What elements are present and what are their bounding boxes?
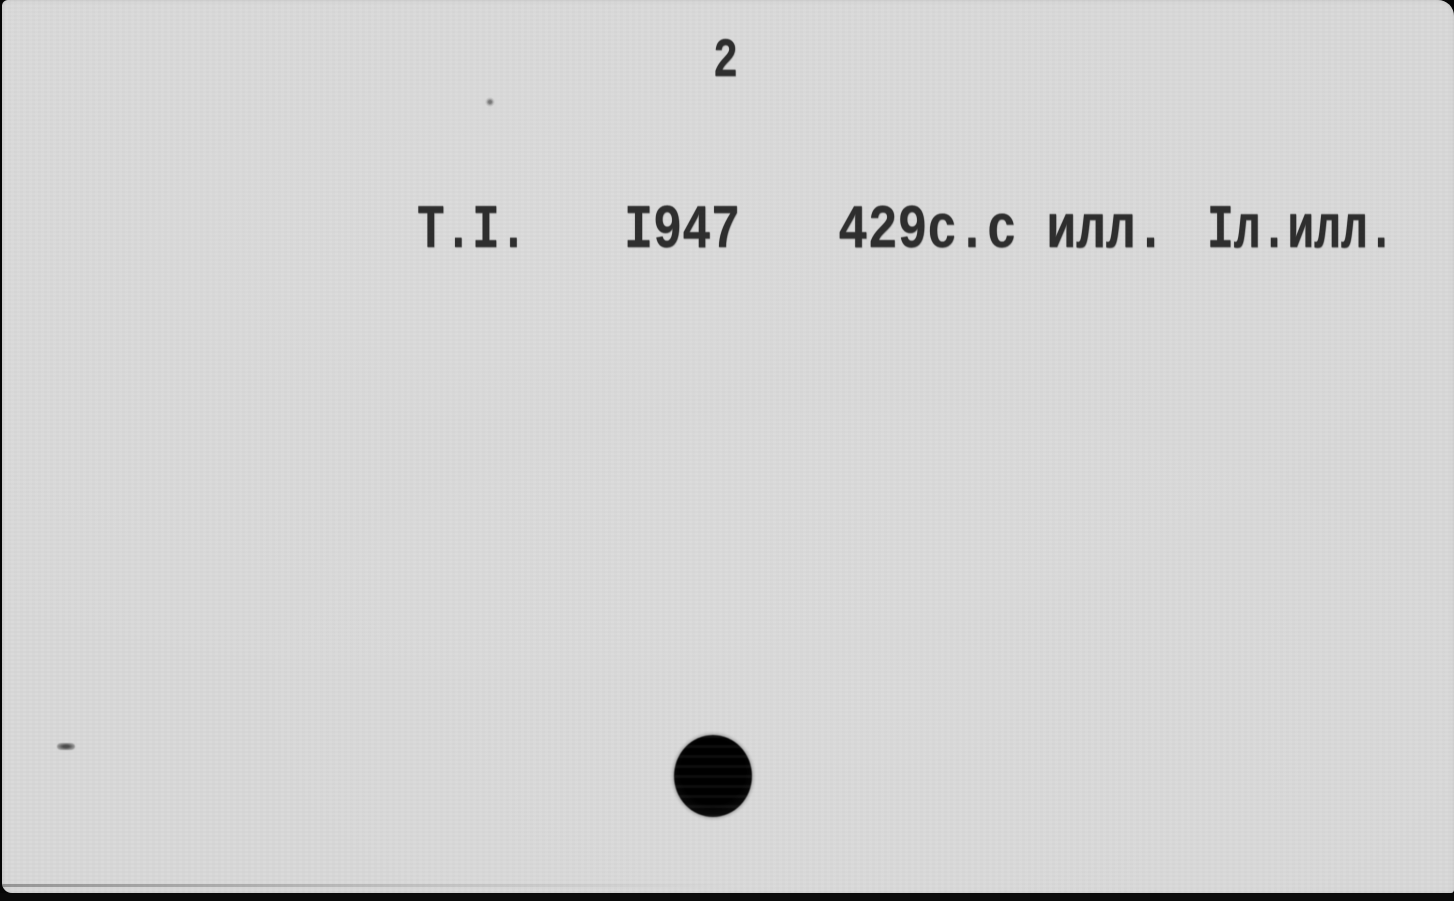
pagination-label: 429с.с илл.	[838, 200, 1165, 262]
card-bottom-edge-shadow	[2, 884, 742, 887]
year-label: I947	[624, 200, 740, 262]
plates-label: Iл.илл.	[1207, 200, 1395, 262]
volume-label: Т.I.	[417, 200, 527, 262]
catalog-card: 2 Т.I. I947 429с.с илл. Iл.илл.	[2, 0, 1454, 893]
dash-speck	[57, 743, 75, 750]
page-number: 2	[713, 33, 738, 89]
scanner-bottom-bar	[0, 893, 1454, 901]
scan-image: 2 Т.I. I947 429с.с илл. Iл.илл.	[0, 0, 1454, 901]
hole-punch-icon	[674, 735, 752, 817]
dot-speck	[485, 97, 495, 107]
